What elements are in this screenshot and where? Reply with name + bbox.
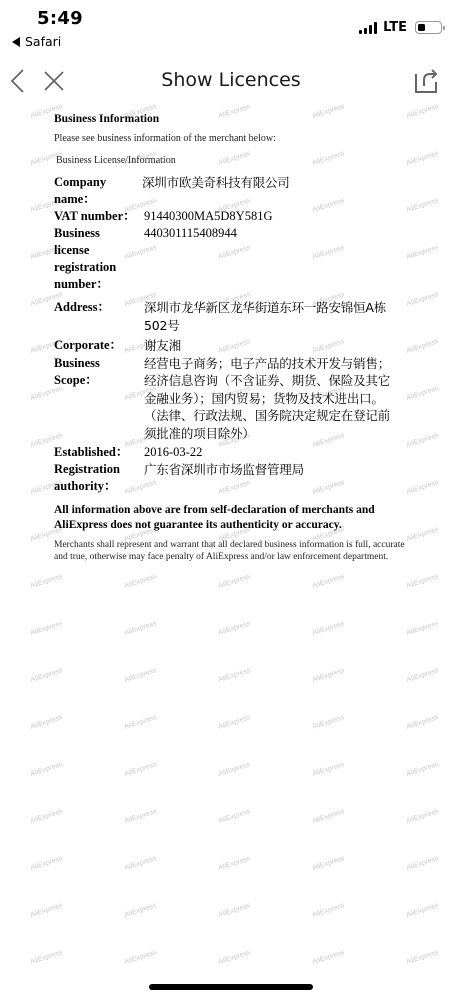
watermark-text: AliExpress (312, 808, 346, 825)
field-established: Established： 2016-03-22 (54, 444, 394, 461)
field-label: Company name： (54, 174, 142, 208)
watermark-text: AliExpress (124, 761, 158, 778)
watermark-text: AliExpress (312, 573, 346, 590)
watermark-text: AliExpress (406, 761, 440, 778)
watermark-text: AliExpress (406, 338, 440, 355)
field-registration-number: Business license registration number： 44… (54, 225, 394, 293)
back-to-safari-link[interactable]: Safari (12, 34, 61, 49)
watermark-text: AliExpress (30, 620, 64, 637)
watermark-text: AliExpress (30, 949, 64, 966)
watermark-text: AliExpress (30, 714, 64, 731)
signal-strength-icon (359, 22, 377, 34)
license-subtitle: Business License/Information (56, 155, 394, 166)
watermark-text: AliExpress (30, 855, 64, 872)
license-fields: Company name： 深圳市欧美奇科技有限公司 VAT number： 9… (54, 174, 394, 495)
watermark-text: AliExpress (218, 620, 252, 637)
field-business-scope: Business Scope： 经营电子商务；电子产品的技术开发与销售；经济信息… (54, 355, 394, 443)
field-value: 经营电子商务；电子产品的技术开发与销售；经济信息咨询（不含证券、期货、保险及其它… (144, 355, 394, 443)
field-registration-authority: Registration authority： 广东省深圳市市场监督管理局 (54, 461, 394, 495)
field-label: VAT number： (54, 208, 144, 225)
field-label: Business Scope： (54, 355, 124, 389)
watermark-text: AliExpress (406, 620, 440, 637)
field-label: Registration authority： (54, 461, 136, 495)
watermark-text: AliExpress (30, 573, 64, 590)
watermark-text: AliExpress (406, 573, 440, 590)
watermark-text: AliExpress (312, 902, 346, 919)
watermark-text: AliExpress (406, 432, 440, 449)
watermark-text: AliExpress (406, 949, 440, 966)
field-value: 91440300MA5D8Y581G (144, 208, 394, 225)
watermark-text: AliExpress (124, 667, 158, 684)
watermark-text: AliExpress (124, 620, 158, 637)
battery-icon (415, 21, 442, 34)
field-address: Address： 深圳市龙华新区龙华街道东环一路安锦恒A栋502号 (54, 299, 394, 334)
watermark-text: AliExpress (406, 902, 440, 919)
watermark-text: AliExpress (218, 667, 252, 684)
field-value: 深圳市龙华新区龙华街道东环一路安锦恒A栋502号 (144, 299, 394, 334)
back-triangle-icon (12, 37, 20, 47)
watermark-text: AliExpress (218, 902, 252, 919)
watermark-text: AliExpress (406, 855, 440, 872)
watermark-text: AliExpress (312, 855, 346, 872)
watermark-text: AliExpress (312, 620, 346, 637)
watermark-text: AliExpress (218, 808, 252, 825)
watermark-text: AliExpress (124, 949, 158, 966)
watermark-text: AliExpress (218, 949, 252, 966)
business-info-document: Business Information Please see business… (54, 112, 394, 563)
watermark-text: AliExpress (406, 197, 440, 214)
field-value: 谢友湘 (144, 337, 394, 355)
watermark-text: AliExpress (30, 808, 64, 825)
watermark-text: AliExpress (30, 761, 64, 778)
field-value: 深圳市欧美奇科技有限公司 (142, 174, 394, 192)
field-label: Corporate： (54, 337, 144, 354)
field-label: Business license registration number： (54, 225, 134, 293)
watermark-text: AliExpress (218, 855, 252, 872)
watermark-text: AliExpress (312, 667, 346, 684)
watermark-text: AliExpress (218, 761, 252, 778)
field-vat-number: VAT number： 91440300MA5D8Y581G (54, 208, 394, 225)
field-value: 广东省深圳市市场监督管理局 (144, 461, 394, 479)
field-corporate: Corporate： 谢友湘 (54, 337, 394, 355)
navigation-bar: Show Licences (0, 58, 462, 104)
field-label: Established： (54, 444, 144, 461)
network-type: LTE (383, 20, 407, 35)
watermark-text: AliExpress (406, 385, 440, 402)
intro-text: Please see business information of the m… (54, 133, 394, 144)
watermark-text: AliExpress (124, 808, 158, 825)
back-app-label: Safari (25, 34, 61, 49)
page-title: Show Licences (0, 69, 462, 91)
field-value: 440301115408944 (144, 225, 394, 242)
watermark-text: AliExpress (312, 949, 346, 966)
watermark-text: AliExpress (406, 150, 440, 167)
watermark-text: AliExpress (406, 291, 440, 308)
watermark-text: AliExpress (406, 667, 440, 684)
watermark-text: AliExpress (124, 855, 158, 872)
disclaimer-heading: All information above are from self-decl… (54, 503, 404, 533)
watermark-text: AliExpress (124, 714, 158, 731)
status-indicators: LTE (359, 20, 442, 35)
watermark-text: AliExpress (124, 573, 158, 590)
share-icon (414, 66, 440, 94)
watermark-text: AliExpress (406, 714, 440, 731)
watermark-text: AliExpress (406, 479, 440, 496)
watermark-text: AliExpress (30, 902, 64, 919)
disclaimer-text: Merchants shall represent and warrant th… (54, 539, 414, 563)
status-bar: 5:49 Safari LTE (0, 0, 462, 56)
share-button[interactable] (414, 66, 440, 94)
home-indicator[interactable] (149, 984, 313, 990)
watermark-text: AliExpress (312, 714, 346, 731)
watermark-text: AliExpress (218, 714, 252, 731)
watermark-text: AliExpress (30, 667, 64, 684)
watermark-text: AliExpress (406, 244, 440, 261)
status-time: 5:49 (37, 8, 83, 29)
watermark-text: AliExpress (124, 902, 158, 919)
section-title: Business Information (54, 113, 394, 125)
watermark-text: AliExpress (406, 103, 440, 120)
watermark-text: AliExpress (406, 808, 440, 825)
field-label: Address： (54, 299, 144, 316)
watermark-text: AliExpress (312, 761, 346, 778)
field-value: 2016-03-22 (144, 444, 394, 461)
watermark-text: AliExpress (218, 573, 252, 590)
field-company-name: Company name： 深圳市欧美奇科技有限公司 (54, 174, 394, 208)
